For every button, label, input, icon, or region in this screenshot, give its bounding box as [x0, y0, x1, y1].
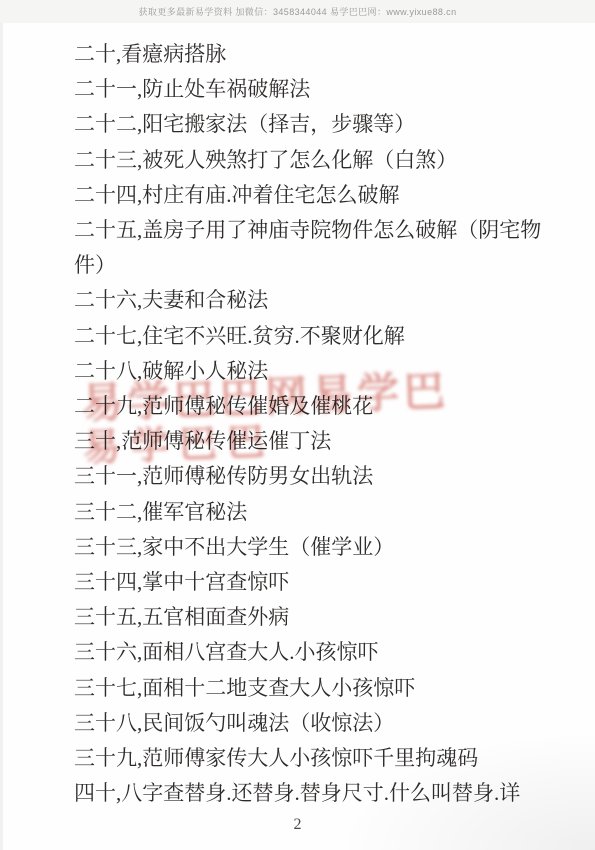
- list-item: 二十六,夫妻和合秘法: [74, 283, 552, 318]
- list-item: 二十九,范师傅秘传催婚及催桃花: [74, 389, 552, 424]
- list-item: 三十八,民间饭勺叫魂法（收惊法）: [74, 706, 552, 741]
- header-note: 获取更多最新易学资料 加微信：3458344044 易学巴巴网：www.yixu…: [0, 0, 595, 23]
- list-item: 三十九,范师傅家传大人小孩惊吓千里拘魂码: [74, 741, 552, 776]
- list-item: 三十三,家中不出大学生（催学业）: [74, 530, 552, 565]
- page-number: 2: [0, 816, 595, 834]
- list-item: 三十一,范师傅秘传防男女出轨法: [74, 459, 552, 494]
- list-item: 三十四,掌中十宫查惊吓: [74, 565, 552, 600]
- list-item: 二十三,被死人殃煞打了怎么化解（白煞）: [74, 143, 552, 178]
- list-item: 二十八,破解小人秘法: [74, 354, 552, 389]
- list-item: 二十四,村庄有庙.冲着住宅怎么破解: [74, 178, 552, 213]
- list-item: 四十,八字查替身.还替身.替身尺寸.什么叫替身.详: [74, 776, 552, 811]
- toc-list: 二十,看癔病搭脉二十一,防止处车祸破解法二十二,阳宅搬家法（择吉，步骤等）二十三…: [74, 37, 552, 811]
- document-page: 获取更多最新易学资料 加微信：3458344044 易学巴巴网：www.yixu…: [0, 0, 595, 850]
- list-item: 二十一,防止处车祸破解法: [74, 72, 552, 107]
- list-item: 三十,范师傅秘传催运催丁法: [74, 424, 552, 459]
- list-item: 三十二,催军官秘法: [74, 495, 552, 530]
- list-item: 二十二,阳宅搬家法（择吉，步骤等）: [74, 107, 552, 142]
- list-item: 二十,看癔病搭脉: [74, 37, 552, 72]
- list-item: 三十六,面相八宫查大人.小孩惊吓: [74, 635, 552, 670]
- list-item: 三十五,五官相面查外病: [74, 600, 552, 635]
- list-item: 二十五,盖房子用了神庙寺院物件怎么破解（阴宅物件）: [74, 213, 552, 283]
- list-item: 二十七,住宅不兴旺.贫穷.不聚财化解: [74, 319, 552, 354]
- list-item: 三十七,面相十二地支查大人小孩惊吓: [74, 671, 552, 706]
